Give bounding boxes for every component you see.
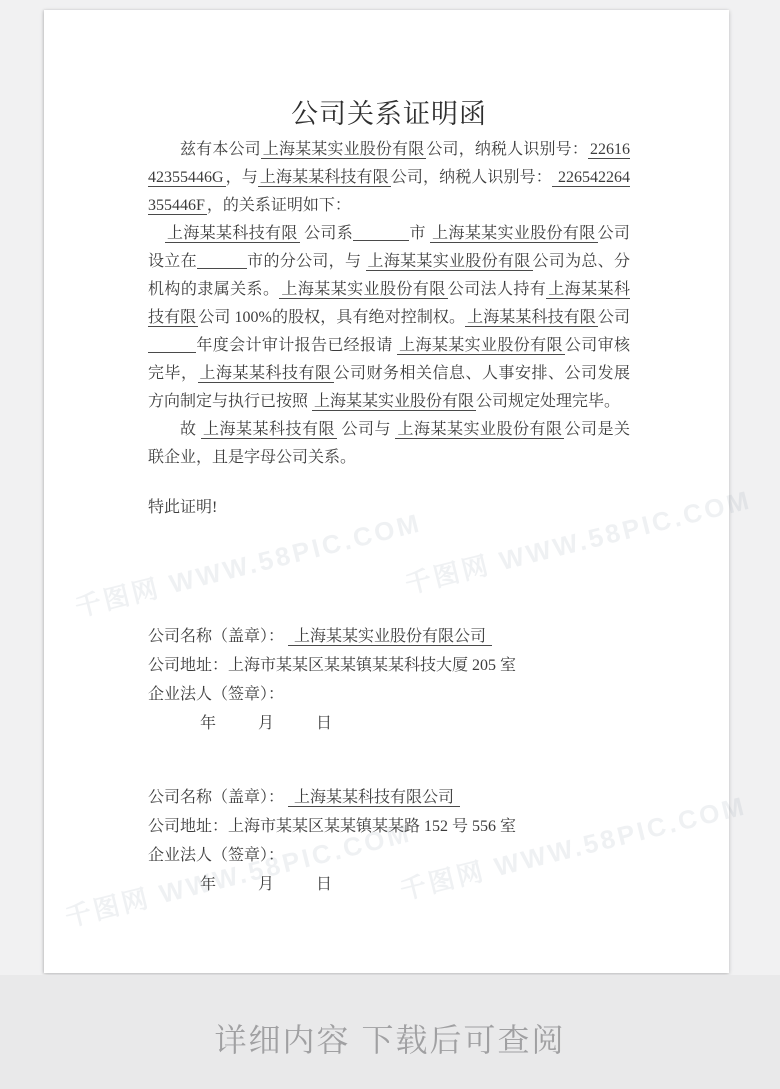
text-run: 年 (200, 876, 216, 893)
document-title: 公司关系证明函 (148, 98, 630, 130)
spacer (274, 727, 316, 728)
document-page: 公司关系证明函 兹有本公司上海某某实业股份有限公司，纳税人识别号：2261642… (44, 10, 729, 973)
conclusion-paragraph: 故 上海某某科技有限 公司与 上海某某实业股份有限公司是关联企业，且是字母公司关… (148, 416, 630, 472)
text-run: 公司 100%的股权，具有绝对控制权。 (198, 309, 465, 326)
download-hint-bar: 详细内容 下载后可查阅 (0, 975, 780, 1089)
blank-underline (148, 336, 196, 353)
company1-address-line: 公司地址：上海市某某区某某镇某某科技大厦 205 室 (148, 651, 630, 680)
text-run: 公司规定处理完毕。 (476, 393, 620, 410)
company2-date-line: 年月日 (148, 870, 630, 899)
company1-legal-person-line: 企业法人（签章）： (148, 680, 630, 709)
text-run: 年 (200, 715, 216, 732)
text-run: 公司，纳税人识别号： (426, 141, 588, 158)
text-run: 公司地址：上海市某某区某某镇某某科技大厦 205 室 (148, 657, 516, 674)
underlined-text: 上海某某科技有限 (198, 365, 334, 383)
relationship-paragraph: 上海某某科技有限 公司系市 上海某某实业股份有限公司设立在市的分公司，与 上海某… (148, 220, 630, 416)
text-run: 月 (258, 876, 274, 893)
text-run: 公司系 (300, 225, 353, 242)
text-run: ，与 (226, 169, 258, 186)
text-run: 公司与 (337, 421, 396, 438)
text-run: 日 (316, 876, 332, 893)
text-run: 公司法人持有 (448, 281, 547, 298)
underlined-text: 上海某某科技有限 (258, 169, 391, 187)
spacer (216, 727, 258, 728)
text-run: 公司地址：上海市某某区某某镇某某路 152 号 556 室 (148, 818, 516, 835)
text-run: 特此证明! (148, 499, 217, 516)
text-run: 月 (258, 715, 274, 732)
text-run: 公司 (598, 309, 630, 326)
underlined-text: 上海某某科技有限 (465, 309, 598, 327)
company2-name-line: 公司名称（盖章）： 上海某某科技有限公司 (148, 783, 630, 812)
text-run: 兹有本公司 (180, 141, 261, 158)
underlined-text: 上海某某科技有限 (201, 421, 337, 439)
underlined-text: 上海某某实业股份有限 (261, 141, 427, 159)
underlined-text: 上海某某科技有限 (165, 225, 300, 243)
text-run: 企业法人（签章）： (148, 686, 284, 703)
text-run: 公司名称（盖章）： (148, 789, 288, 806)
text-run: ，的关系证明如下： (207, 197, 351, 214)
company1-name-line: 公司名称（盖章）： 上海某某实业股份有限公司 (148, 622, 630, 651)
download-hint-text: 详细内容 下载后可查阅 (215, 1015, 566, 1061)
spacer (216, 888, 258, 889)
text-run: 公司，纳税人识别号： (391, 169, 552, 186)
spacer (274, 888, 316, 889)
underlined-text: 上海某某科技有限公司 (288, 789, 460, 807)
underlined-text: 上海某某实业股份有限 (312, 393, 476, 411)
text-run: 日 (316, 715, 332, 732)
text-run: 市 (409, 225, 430, 242)
underlined-text: 上海某某实业股份有限 (395, 421, 564, 439)
document-body: 兹有本公司上海某某实业股份有限公司，纳税人识别号：2261642355446G，… (148, 136, 630, 899)
intro-paragraph: 兹有本公司上海某某实业股份有限公司，纳税人识别号：2261642355446G，… (148, 136, 630, 220)
text-run: 故 (180, 421, 201, 438)
text-run: 年度会计审计报告已经报请 (196, 337, 397, 354)
hereby-certify-line: 特此证明! (148, 494, 630, 522)
underlined-text: 上海某某实业股份有限 (279, 281, 447, 299)
text-run: 市的分公司，与 (247, 253, 366, 270)
company2-address-line: 公司地址：上海市某某区某某镇某某路 152 号 556 室 (148, 812, 630, 841)
underlined-text: 上海某某实业股份有限 (366, 253, 533, 271)
preview-canvas: 公司关系证明函 兹有本公司上海某某实业股份有限公司，纳税人识别号：2261642… (0, 0, 780, 975)
underlined-text: 上海某某实业股份有限公司 (288, 628, 492, 646)
text-run: 企业法人（签章）： (148, 847, 284, 864)
company2-legal-person-line: 企业法人（签章）： (148, 841, 630, 870)
underlined-text: 上海某某实业股份有限 (430, 225, 597, 243)
blank-underline (353, 224, 409, 241)
company1-date-line: 年月日 (148, 709, 630, 738)
underlined-text: 上海某某实业股份有限 (397, 337, 565, 355)
text-run: 公司名称（盖章）： (148, 628, 288, 645)
blank-underline (197, 252, 247, 269)
